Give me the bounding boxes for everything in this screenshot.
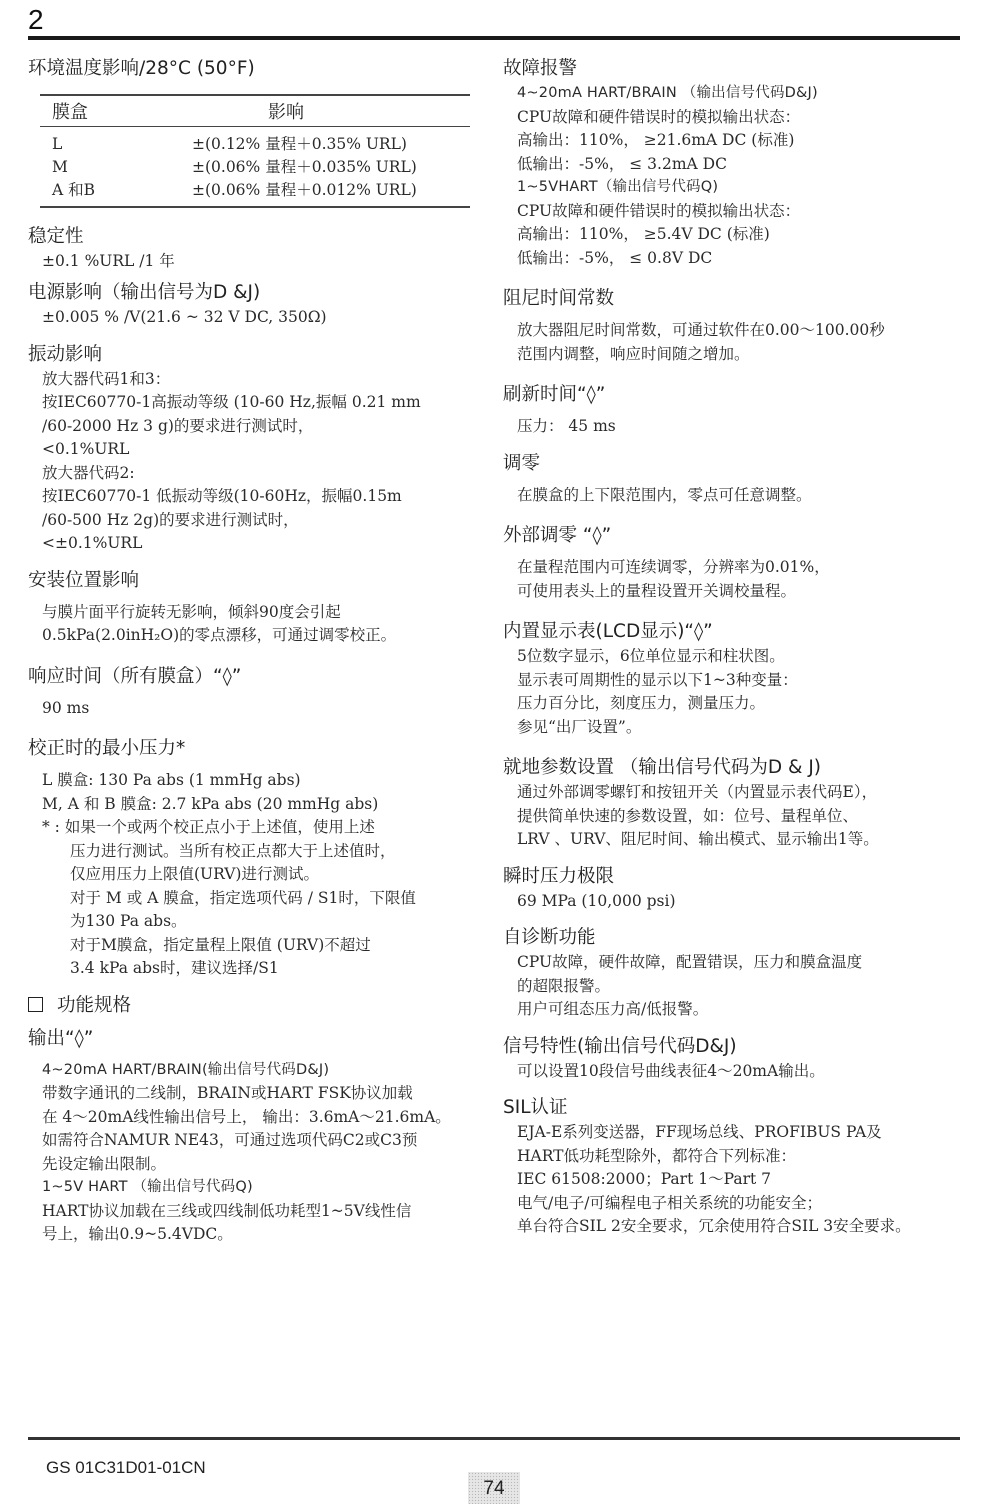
body-line: 在膜盒的上下限范围内，零点可任意调整。 <box>503 484 983 508</box>
ambient-temp-table: 膜盒 影响 L ±(0.12% 量程＋0.35% URL) M ±(0.06% … <box>40 94 470 208</box>
subsection-title: 4~20mA HART/BRAIN （输出信号代码D&J) <box>503 82 983 106</box>
body-line: 在量程范围内可连续调零，分辨率为0.01%， <box>503 556 983 580</box>
subsection-title: 1~5VHART（输出信号代码Q) <box>503 176 983 200</box>
section-zero-adjust: 调零 在膜盒的上下限范围内，零点可任意调整。 <box>503 451 983 508</box>
section-title: 阻尼时间常数 <box>503 286 983 312</box>
section-title: 环境温度影响/28°C (50°F) <box>28 56 480 82</box>
section-title: 电源影响（输出信号为D &J) <box>28 280 480 306</box>
body-line: HART低功耗型除外，都符合下列标准： <box>503 1145 983 1169</box>
section-damping: 阻尼时间常数 放大器阻尼时间常数，可通过软件在0.00～100.00秒 范围内调… <box>503 286 983 366</box>
subsection-title: 4~20mA HART/BRAIN(输出信号代码D&J) <box>28 1059 480 1083</box>
body-line: 用户可组态压力高/低报警。 <box>503 998 983 1022</box>
body-line: 5位数字显示，6位单位显示和柱状图。 <box>503 645 983 669</box>
body-line: 69 MPa (10,000 psi) <box>503 890 983 914</box>
section-ambient-temperature: 环境温度影响/28°C (50°F) 膜盒 影响 L ±(0.12% 量程＋0.… <box>28 56 480 208</box>
body-line: 与膜片面平行旋转无影响，倾斜90度会引起 <box>28 601 480 625</box>
cell-capsule: A 和B <box>40 179 192 202</box>
footnote-line: 仅应用压力上限值(URV)进行测试。 <box>28 863 480 887</box>
bottom-divider <box>28 1437 960 1440</box>
body-line: 按IEC60770-1高振动等级 (10-60 Hz,振幅 0.21 mm <box>28 391 480 415</box>
body-line: LRV 、URV、阻尼时间、输出模式、显示输出1等。 <box>503 828 983 852</box>
body-line: 低输出：-5%， ≤ 0.8V DC <box>503 247 983 271</box>
functional-specs-title: 功能规格 <box>57 995 131 1016</box>
footnote-line: 对于M膜盒，指定量程上限值 (URV)不超过 <box>28 934 480 958</box>
section-title: 调零 <box>503 451 983 477</box>
body-line: 在 4～20mA线性输出信号上， 输出：3.6mA～21.6mA。 <box>28 1106 480 1130</box>
body-line: <±0.1%URL <box>28 532 480 556</box>
section-title: 外部调零 “◊” <box>503 523 983 549</box>
body-line: 低输出：-5%， ≤ 3.2mA DC <box>503 153 983 177</box>
body-line: 显示表可周期性的显示以下1~3种变量： <box>503 669 983 693</box>
top-divider <box>28 36 960 40</box>
cell-effect: ±(0.06% 量程＋0.035% URL) <box>192 156 470 179</box>
body-line: 提供简单快速的参数设置，如：位号、量程单位、 <box>503 805 983 829</box>
body-line: M, A 和 B 膜盒: 2.7 kPa abs (20 mmHg abs) <box>28 793 480 817</box>
checkbox-square-icon <box>28 997 43 1012</box>
cell-effect: ±(0.12% 量程＋0.35% URL) <box>192 133 470 156</box>
section-title: 响应时间（所有膜盒）“◊” <box>28 664 480 690</box>
section-title: 稳定性 <box>28 224 480 250</box>
body-line: ±0.1 %URL /1 年 <box>28 250 480 274</box>
body-line: 放大器阻尼时间常数，可通过软件在0.00～100.00秒 <box>503 319 983 343</box>
subsection-title: 1~5V HART （输出信号代码Q) <box>28 1176 480 1200</box>
section-title: 内置显示表(LCD显示)“◊” <box>503 619 983 645</box>
section-number: 2 <box>28 4 44 36</box>
body-line: 按IEC60770-1 低振动等级(10-60Hz，振幅0.15m <box>28 485 480 509</box>
column-header-effect: 影响 <box>172 98 470 124</box>
section-power-effect: 电源影响（输出信号为D &J) ±0.005 % /V(21.6 ~ 32 V … <box>28 280 480 330</box>
footnote-line: 压力进行测试。当所有校正点都大于上述值时， <box>28 840 480 864</box>
section-title: 功能规格 <box>28 993 480 1019</box>
body-line: 可使用表头上的量程设置开关调校量程。 <box>503 580 983 604</box>
table-row: A 和B ±(0.06% 量程＋0.012% URL) <box>40 179 470 202</box>
document-id: GS 01C31D01-01CN <box>46 1458 206 1478</box>
body-line: 高输出：110%， ≥5.4V DC (标准) <box>503 223 983 247</box>
section-title: 校正时的最小压力* <box>28 736 480 762</box>
body-line: 高输出：110%， ≥21.6mA DC (标准) <box>503 129 983 153</box>
section-fault-alarm: 故障报警 4~20mA HART/BRAIN （输出信号代码D&J) CPU故障… <box>503 56 983 270</box>
section-external-zero: 外部调零 “◊” 在量程范围内可连续调零，分辨率为0.01%， 可使用表头上的量… <box>503 523 983 603</box>
body-line: 带数字通讯的二线制，BRAIN或HART FSK协议加载 <box>28 1082 480 1106</box>
body-line: CPU故障，硬件故障，配置错误，压力和膜盒温度 <box>503 951 983 975</box>
body-line: 0.5kPa(2.0inH₂O)的零点漂移，可通过调零校正。 <box>28 624 480 648</box>
cell-capsule: L <box>40 133 192 156</box>
body-line: 号上，输出0.9~5.4VDC。 <box>28 1223 480 1247</box>
body-line: 90 ms <box>28 697 480 721</box>
section-mounting-position: 安装位置影响 与膜片面平行旋转无影响，倾斜90度会引起 0.5kPa(2.0in… <box>28 568 480 648</box>
body-line: /60-2000 Hz 3 g)的要求进行测试时， <box>28 415 480 439</box>
body-line: 电气/电子/可编程电子相关系统的功能安全； <box>503 1192 983 1216</box>
section-stability: 稳定性 ±0.1 %URL /1 年 <box>28 224 480 274</box>
body-line: ±0.005 % /V(21.6 ~ 32 V DC, 350Ω) <box>28 306 480 330</box>
body-line: CPU故障和硬件错误时的模拟输出状态： <box>503 200 983 224</box>
section-title: 就地参数设置 （输出信号代码为D & J) <box>503 755 983 781</box>
body-line: 先设定输出限制。 <box>28 1153 480 1177</box>
body-line: 放大器代码2: <box>28 462 480 486</box>
section-title: 输出“◊” <box>28 1026 480 1052</box>
section-title: 安装位置影响 <box>28 568 480 594</box>
section-burst-pressure: 瞬时压力极限 69 MPa (10,000 psi) <box>503 864 983 914</box>
table-header: 膜盒 影响 <box>40 96 470 126</box>
section-title: 振动影响 <box>28 342 480 368</box>
section-min-pressure: 校正时的最小压力* L 膜盒: 130 Pa abs (1 mmHg abs) … <box>28 736 480 981</box>
table-body: L ±(0.12% 量程＋0.35% URL) M ±(0.06% 量程＋0.0… <box>40 127 470 206</box>
body-line: /60-500 Hz 2g)的要求进行测试时， <box>28 509 480 533</box>
body-line: EJA-E系列变送器，FF现场总线、PROFIBUS PA及 <box>503 1121 983 1145</box>
column-header-capsule: 膜盒 <box>40 98 172 124</box>
footnote-line: 对于 M 或 A 膜盒，指定选项代码 / S1时，下限值 <box>28 887 480 911</box>
section-title: 故障报警 <box>503 56 983 82</box>
body-line: 参见“出厂设置”。 <box>503 716 983 740</box>
section-sil-certification: SIL认证 EJA-E系列变送器，FF现场总线、PROFIBUS PA及 HAR… <box>503 1095 983 1239</box>
section-update-time: 刷新时间“◊” 压力： 45 ms <box>503 382 983 439</box>
section-response-time: 响应时间（所有膜盒）“◊” 90 ms <box>28 664 480 721</box>
body-line: <0.1%URL <box>28 438 480 462</box>
section-local-parameter-setting: 就地参数设置 （输出信号代码为D & J) 通过外部调零螺钉和按钮开关（内置显示… <box>503 755 983 852</box>
body-line: 范围内调整，响应时间随之增加。 <box>503 343 983 367</box>
body-line: 单台符合SIL 2安全要求，冗余使用符合SIL 3安全要求。 <box>503 1215 983 1239</box>
left-column: 环境温度影响/28°C (50°F) 膜盒 影响 L ±(0.12% 量程＋0.… <box>28 56 480 1247</box>
section-signal-characterizer: 信号特性(输出信号代码D&J) 可以设置10段信号曲线表征4～20mA输出。 <box>503 1034 983 1084</box>
body-line: 可以设置10段信号曲线表征4～20mA输出。 <box>503 1060 983 1084</box>
table-row: M ±(0.06% 量程＋0.035% URL) <box>40 156 470 179</box>
footnote-line: 3.4 kPa abs时，建议选择/S1 <box>28 957 480 981</box>
body-line: 如需符合NAMUR NE43，可通过选项代码C2或C3预 <box>28 1129 480 1153</box>
section-title: 自诊断功能 <box>503 925 983 951</box>
body-line: 的超限报警。 <box>503 975 983 999</box>
body-line: L 膜盒: 130 Pa abs (1 mmHg abs) <box>28 769 480 793</box>
body-line: HART协议加载在三线或四线制低功耗型1~5V线性信 <box>28 1200 480 1224</box>
section-title: 信号特性(输出信号代码D&J) <box>503 1034 983 1060</box>
section-title: SIL认证 <box>503 1095 983 1121</box>
footnote-line: * : 如果一个或两个校正点小于上述值，使用上述 <box>28 816 480 840</box>
body-line: IEC 61508:2000；Part 1～Part 7 <box>503 1168 983 1192</box>
section-output: 输出“◊” 4~20mA HART/BRAIN(输出信号代码D&J) 带数字通讯… <box>28 1026 480 1247</box>
body-line: 通过外部调零螺钉和按钮开关（内置显示表代码E）， <box>503 781 983 805</box>
right-column: 故障报警 4~20mA HART/BRAIN （输出信号代码D&J) CPU故障… <box>503 56 983 1239</box>
cell-capsule: M <box>40 156 192 179</box>
body-line: 压力百分比，刻度压力，测量压力。 <box>503 692 983 716</box>
body-line: 放大器代码1和3： <box>28 368 480 392</box>
page-number: 74 <box>468 1472 520 1504</box>
body-line: 压力： 45 ms <box>503 415 983 439</box>
table-row: L ±(0.12% 量程＋0.35% URL) <box>40 133 470 156</box>
cell-effect: ±(0.06% 量程＋0.012% URL) <box>192 179 470 202</box>
section-title: 瞬时压力极限 <box>503 864 983 890</box>
section-self-diagnostics: 自诊断功能 CPU故障，硬件故障，配置错误，压力和膜盒温度 的超限报警。 用户可… <box>503 925 983 1022</box>
section-vibration: 振动影响 放大器代码1和3： 按IEC60770-1高振动等级 (10-60 H… <box>28 342 480 556</box>
section-title: 刷新时间“◊” <box>503 382 983 408</box>
section-lcd-display: 内置显示表(LCD显示)“◊” 5位数字显示，6位单位显示和柱状图。 显示表可周… <box>503 619 983 739</box>
section-functional-specs: 功能规格 <box>28 993 480 1019</box>
footnote-line: 为130 Pa abs。 <box>28 910 480 934</box>
body-line: CPU故障和硬件错误时的模拟输出状态： <box>503 106 983 130</box>
